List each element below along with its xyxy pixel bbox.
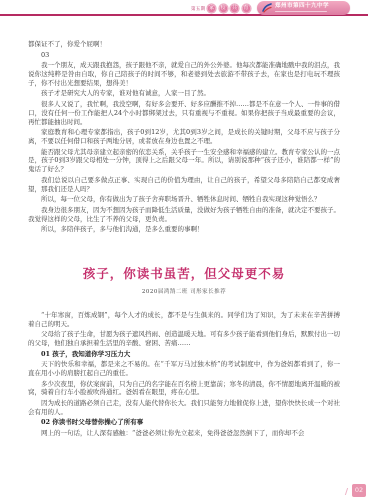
- paragraph: 我身边很多朋友，因为不想因为孩子而降低生活质量，没做好为孩子牺牲自由的准备，就决…: [28, 206, 340, 224]
- page-number-badge: 02: [352, 484, 366, 497]
- paragraph: 多少次夜里，你伏案窗前，只为自己的名字能在百名榜上更靠前；寒冬的清晨，你不情愿地…: [28, 380, 340, 398]
- paragraph: 因为成长的道路必须自己走，没有人能代替你长大。我们只能努力地催促你上进，望你快快…: [28, 399, 340, 417]
- paragraph: 家庭教育和心理专家都指出，孩子0到12岁，尤其0到3岁之间，是成长的关键时期，父…: [28, 128, 340, 146]
- newsletter-page: 第五期 家 校 共 育 郑州市第四十九中学 都保证不了，你爱个屁啊！ 03 我一…: [0, 0, 368, 500]
- school-name-block: 郑州市第四十九中学: [275, 4, 329, 12]
- page-content: 都保证不了，你爱个屁啊！ 03 我一个朋友，成天跟我抱怨，孩子跟他不亲，就爱自己…: [28, 40, 340, 440]
- paragraph: 我一个朋友，成天跟我抱怨，孩子跟他不亲，就爱自己的外公外婆。他每次都能准确地戳中…: [28, 61, 340, 87]
- issue-label: 第五期: [191, 6, 205, 12]
- section-heading-02: 02 你读书时父母替你操心了所有事: [28, 418, 340, 427]
- school-name: 郑州市第四十九中学: [275, 4, 329, 10]
- paragraph: 网上的一句话，让人深有感触：“爸爸必须让你先立起来，免得爸爸忽然倒下了，而你却不…: [28, 429, 340, 438]
- school-banner: 郑州市第四十九中学: [257, 1, 350, 15]
- column-badge: 校: [219, 4, 228, 13]
- column-badge: 共: [230, 4, 239, 13]
- page-number-tick: [345, 488, 351, 495]
- paragraph: 所以，多陪伴孩子，多与他们沟通，是多么重要的事啊！: [28, 225, 340, 234]
- column-badge: 育: [242, 4, 251, 13]
- school-logo-icon: [262, 3, 272, 13]
- paragraph: 孩子才是研究大人的专家，谁对他有诚意，人家一目了然。: [28, 89, 340, 98]
- paragraph: 我们总说以自己要多做点正事、实现自己的价值为理由，让自己的孩子，希望父母多陪陪自…: [28, 176, 340, 194]
- school-name-english-line: [275, 11, 327, 13]
- section-heading-01: 01 孩子，我知道你学习压力大: [28, 350, 340, 359]
- paragraph: 03: [28, 51, 340, 60]
- column-badge: 家: [207, 4, 216, 13]
- paragraph: 所以，每一位父母，你有做出为了孩子舍弃职场晋升、牺牲休息时间、牺牲自我实现这种觉…: [28, 195, 340, 204]
- article-byline: 2020届鸿鹄二班 司彤家长推荐: [28, 287, 340, 295]
- paragraph: 很多人又说了，我忙啊，我没空啊，有好多会要开、好多应酬推不掉……都是不在意一个人…: [28, 100, 340, 126]
- paragraph: 天下的快乐和幸福，都是来之不易的。在“千军万马过独木桥”的考试制度中，作为爸妈都…: [28, 360, 340, 378]
- paragraph: 都保证不了，你爱个屁啊！: [28, 40, 340, 49]
- paragraph: 父母给了孩子生命，甘愿为孩子遮风挡雨、创造温暖天地。可有多少孩子能看到他们身后，…: [28, 330, 340, 348]
- column-badges: 家 校 共 育: [207, 4, 251, 13]
- paragraph: 能否跟父母尤其母亲建立起亲密的依恋关系，关乎孩子一生安全感和幸福感的建立。教育专…: [28, 148, 340, 174]
- article-title: 孩子，你读书虽苦，但父母更不易: [28, 264, 340, 282]
- article-header: 孩子，你读书虽苦，但父母更不易 2020届鸿鹄二班 司彤家长推荐: [28, 264, 340, 295]
- paragraph: “十年寒窗，百炼成钢”，每个人才的成长，都不是与生俱来的。同学们为了知识，为了未…: [28, 311, 340, 329]
